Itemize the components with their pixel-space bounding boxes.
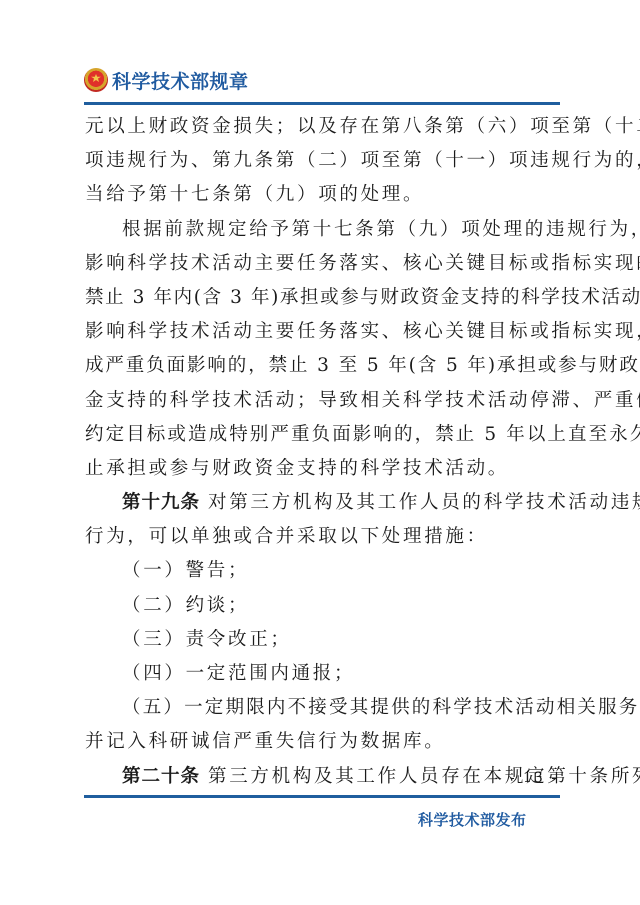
text-line: 约定目标或造成特别严重负面影响的，禁止 5 年以上直至永久禁: [85, 418, 561, 452]
national-emblem-icon: [84, 68, 108, 92]
text-line: 影响科学技术活动主要任务落实、核心关键目标或指标实现，造: [85, 315, 561, 349]
text-line: 并记入科研诚信严重失信行为数据库。: [85, 725, 561, 759]
text-line: 当给予第十七条第（九）项的处理。: [85, 178, 561, 212]
footer-publisher: 科学技术部发布: [418, 809, 527, 830]
text-line: 禁止 3 年内(含 3 年)承担或参与财政资金支持的科学技术活动；: [85, 281, 561, 315]
measure-item: （五）一定期限内不接受其提供的科学技术活动相关服务，: [85, 691, 561, 725]
footer-divider: [84, 795, 560, 798]
document-body: 元以上财政资金损失；以及存在第八条第（六）项至第（十二） 项违规行为、第九条第（…: [85, 110, 561, 794]
article-19: 第十九条对第三方机构及其工作人员的科学技术活动违规: [85, 486, 561, 520]
article-19-text: 对第三方机构及其工作人员的科学技术活动违规: [208, 492, 640, 513]
article-20-label: 第二十条: [122, 766, 200, 787]
text-line: 成严重负面影响的，禁止 3 至 5 年(含 5 年)承担或参与财政资: [85, 349, 561, 383]
measure-item: （一）警告；: [85, 554, 561, 588]
text-line: 元以上财政资金损失；以及存在第八条第（六）项至第（十二）: [85, 110, 561, 144]
article-20: 第二十条第三方机构及其工作人员存在本规定第十条所列: [85, 760, 561, 794]
measure-item: （二）约谈；: [85, 589, 561, 623]
page-number: - 13 -: [510, 770, 558, 786]
page-header: 科学技术部规章: [84, 66, 249, 94]
text-line: 影响科学技术活动主要任务落实、核心关键目标或指标实现的，: [85, 247, 561, 281]
measure-item: （四）一定范围内通报；: [85, 657, 561, 691]
measure-item: （三）责令改正；: [85, 623, 561, 657]
text-line: 根据前款规定给予第十七条第（九）项处理的违规行为，未: [85, 213, 561, 247]
header-divider: [84, 102, 560, 105]
article-20-text: 第三方机构及其工作人员存在本规定第十条所列: [208, 766, 640, 787]
text-line: 金支持的科学技术活动；导致相关科学技术活动停滞、严重偏离: [85, 384, 561, 418]
text-line: 止承担或参与财政资金支持的科学技术活动。: [85, 452, 561, 486]
header-title: 科学技术部规章: [112, 67, 249, 94]
text-line: 项违规行为、第九条第（二）项至第（十一）项违规行为的，应: [85, 144, 561, 178]
text-line: 行为，可以单独或合并采取以下处理措施：: [85, 520, 561, 554]
article-19-label: 第十九条: [122, 492, 200, 513]
